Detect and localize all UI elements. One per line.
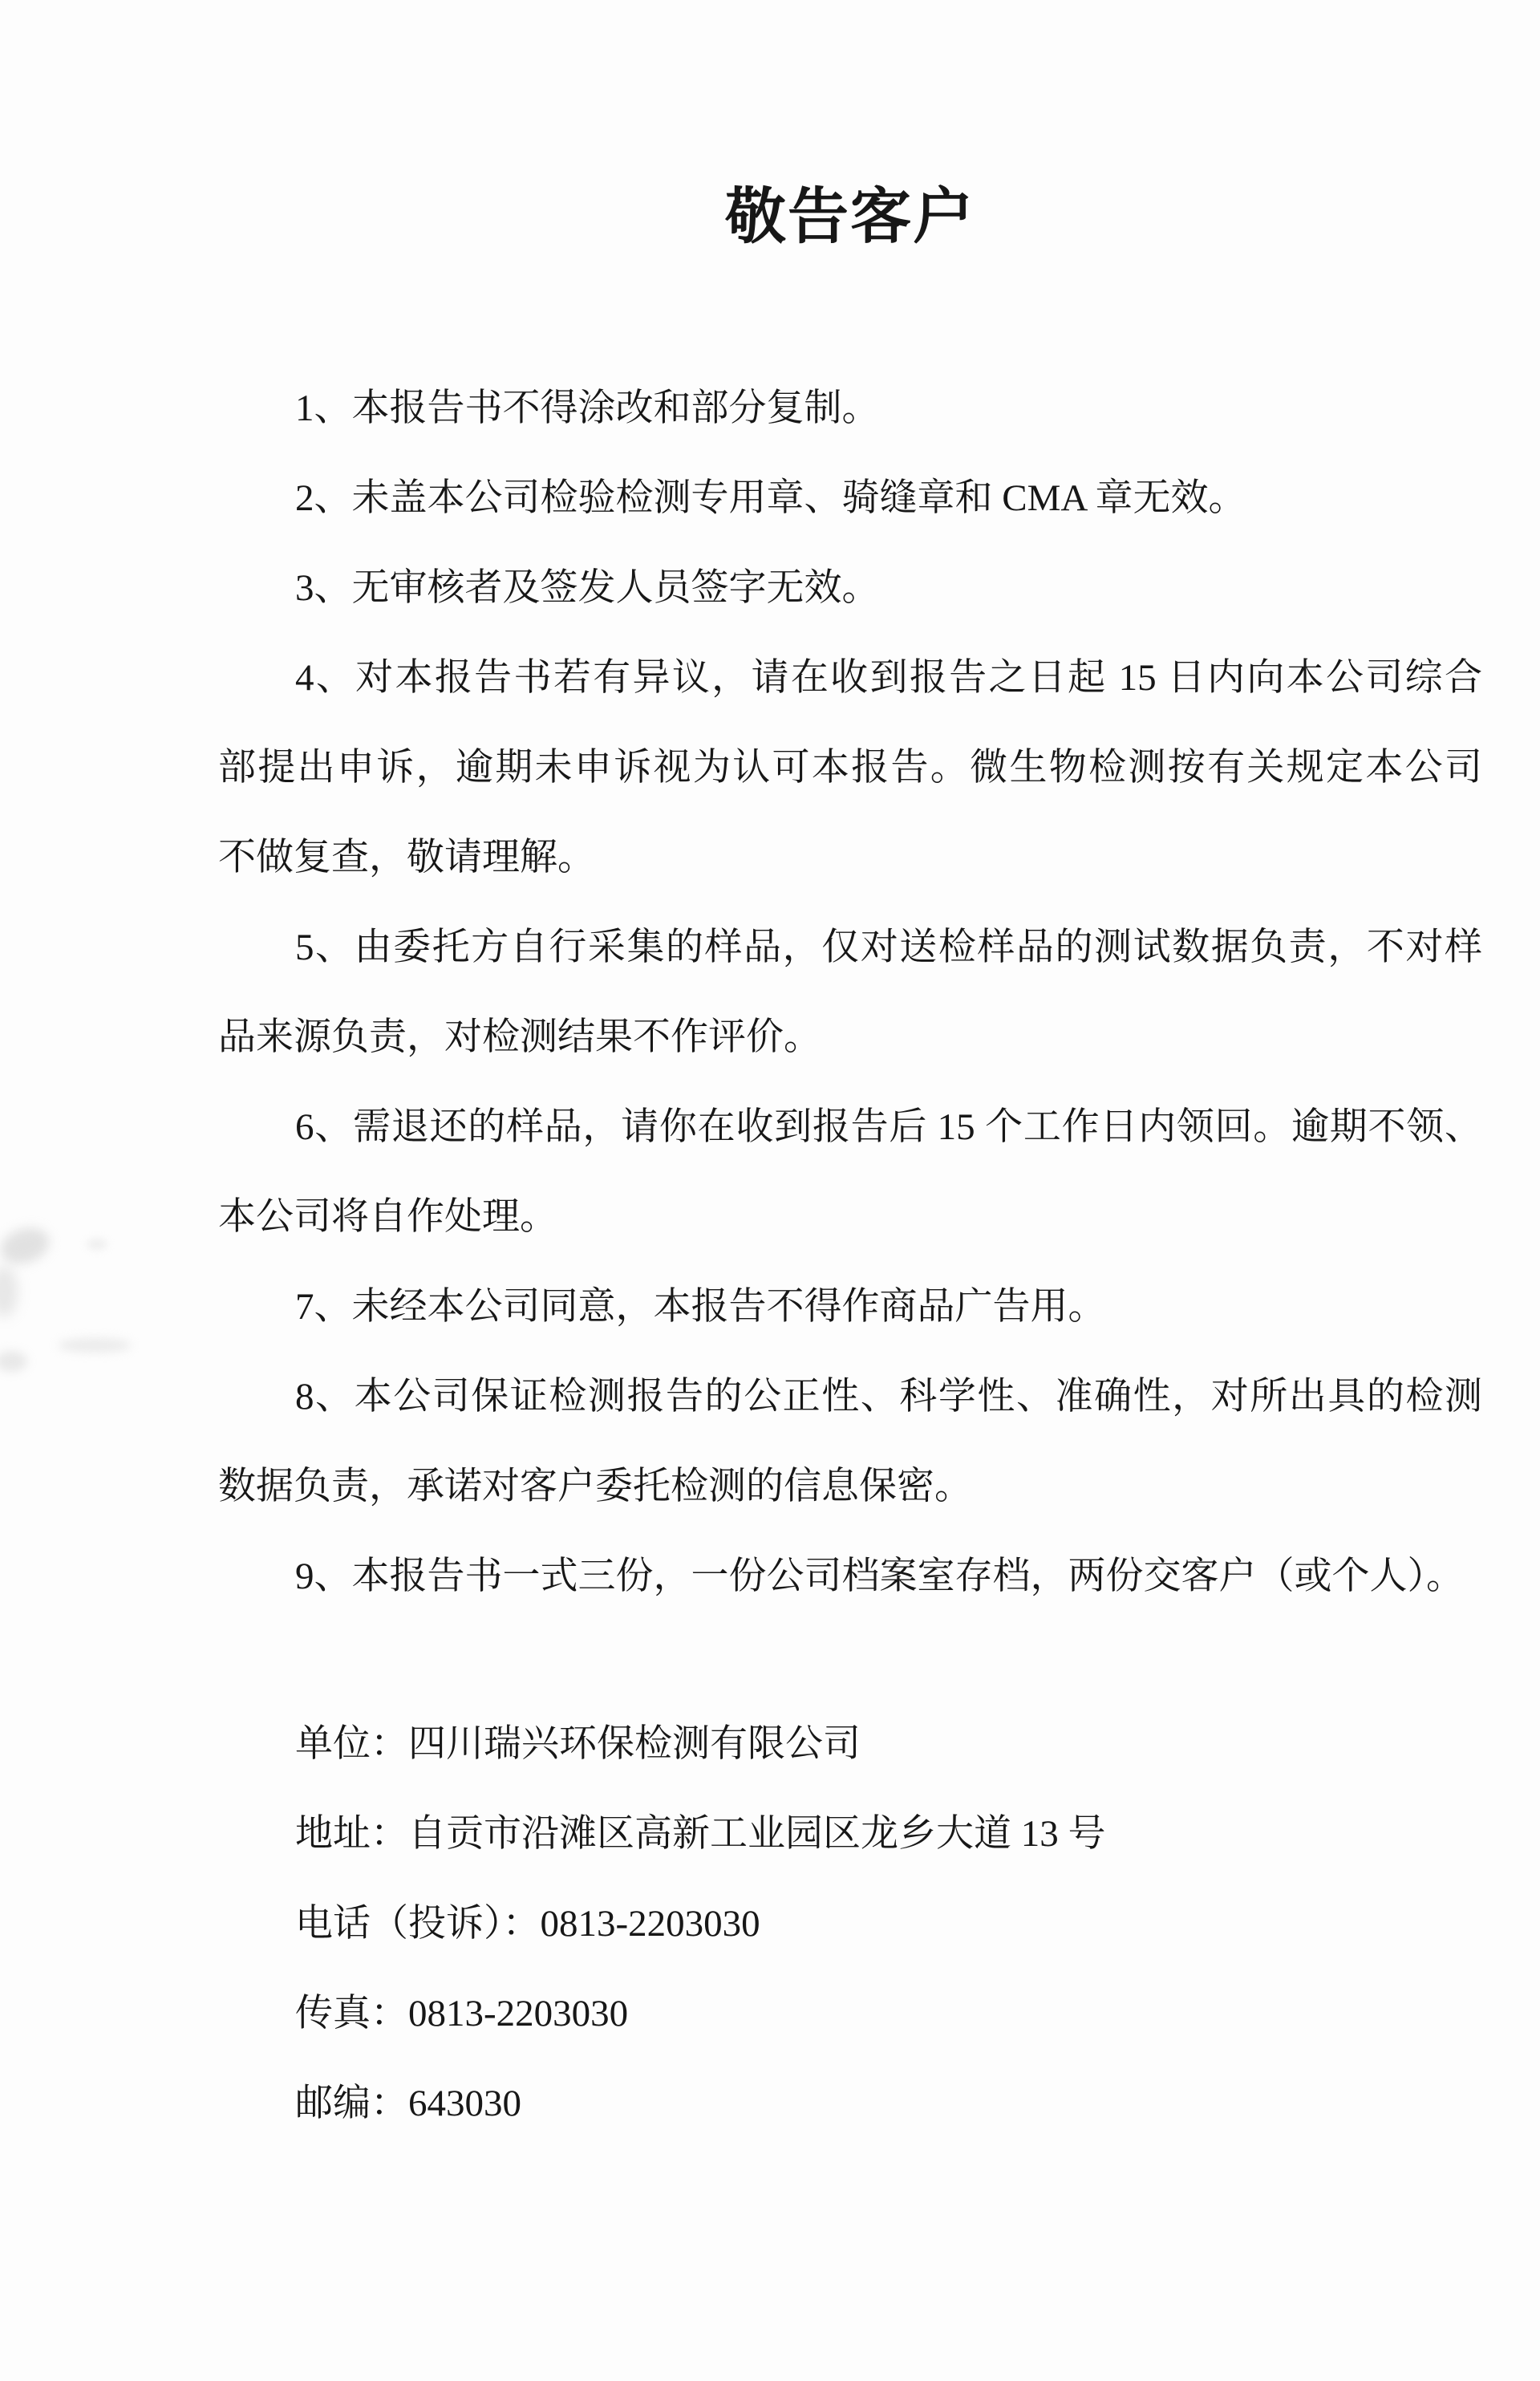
notice-6-line-1: 6、需退还的样品，请你在收到报告后 15 个工作日内领回。逾期不领、 (218, 1082, 1482, 1172)
contact-address: 地址：自贡市沿滩区高新工业园区龙乡大道 13 号 (218, 1789, 1482, 1879)
notice-1: 1、本报告书不得涂改和部分复制。 (218, 363, 1482, 453)
notice-5-line-1: 5、由委托方自行采集的样品，仅对送检样品的测试数据负责，不对样 (218, 903, 1482, 992)
notices-section: 1、本报告书不得涂改和部分复制。 2、未盖本公司检验检测专用章、骑缝章和 CMA… (218, 363, 1482, 1621)
contact-postcode: 邮编：643030 (218, 2059, 1482, 2148)
contact-fax: 传真：0813-2203030 (218, 1969, 1482, 2059)
notice-4-line-2: 部提出申诉，逾期未申诉视为认可本报告。微生物检测按有关规定本公司 (218, 723, 1482, 813)
notice-9: 9、本报告书一式三份，一份公司档案室存档，两份交客户（或个人）。 (218, 1531, 1482, 1621)
notice-6-line-2: 本公司将自作处理。 (218, 1172, 1482, 1262)
scan-smudge (87, 1239, 107, 1250)
notice-5-line-2: 品来源负责，对检测结果不作评价。 (218, 992, 1482, 1082)
contact-company: 单位：四川瑞兴环保检测有限公司 (218, 1699, 1482, 1789)
notice-8-line-2: 数据负责，承诺对客户委托检测的信息保密。 (218, 1442, 1482, 1531)
page-title: 敬告客户 (218, 180, 1482, 255)
document-page: 敬告客户 1、本报告书不得涂改和部分复制。 2、未盖本公司检验检测专用章、骑缝章… (0, 0, 1540, 2381)
notice-3: 3、无审核者及签发人员签字无效。 (218, 543, 1482, 633)
contact-section: 单位：四川瑞兴环保检测有限公司 地址：自贡市沿滩区高新工业园区龙乡大道 13 号… (218, 1699, 1482, 2148)
notice-4-line-1: 4、对本报告书若有异议，请在收到报告之日起 15 日内向本公司综合 (218, 633, 1482, 723)
notice-4-line-3: 不做复查，敬请理解。 (218, 813, 1482, 903)
notice-2: 2、未盖本公司检验检测专用章、骑缝章和 CMA 章无效。 (218, 453, 1482, 543)
scan-smudge (0, 1351, 27, 1372)
scan-smudge (58, 1338, 132, 1353)
scan-smudge (0, 1222, 54, 1269)
notice-7: 7、未经本公司同意，本报告不得作商品广告用。 (218, 1262, 1482, 1352)
scan-smudge (0, 1266, 18, 1317)
contact-phone: 电话（投诉）：0813-2203030 (218, 1879, 1482, 1969)
notice-8-line-1: 8、本公司保证检测报告的公正性、科学性、准确性，对所出具的检测 (218, 1352, 1482, 1442)
